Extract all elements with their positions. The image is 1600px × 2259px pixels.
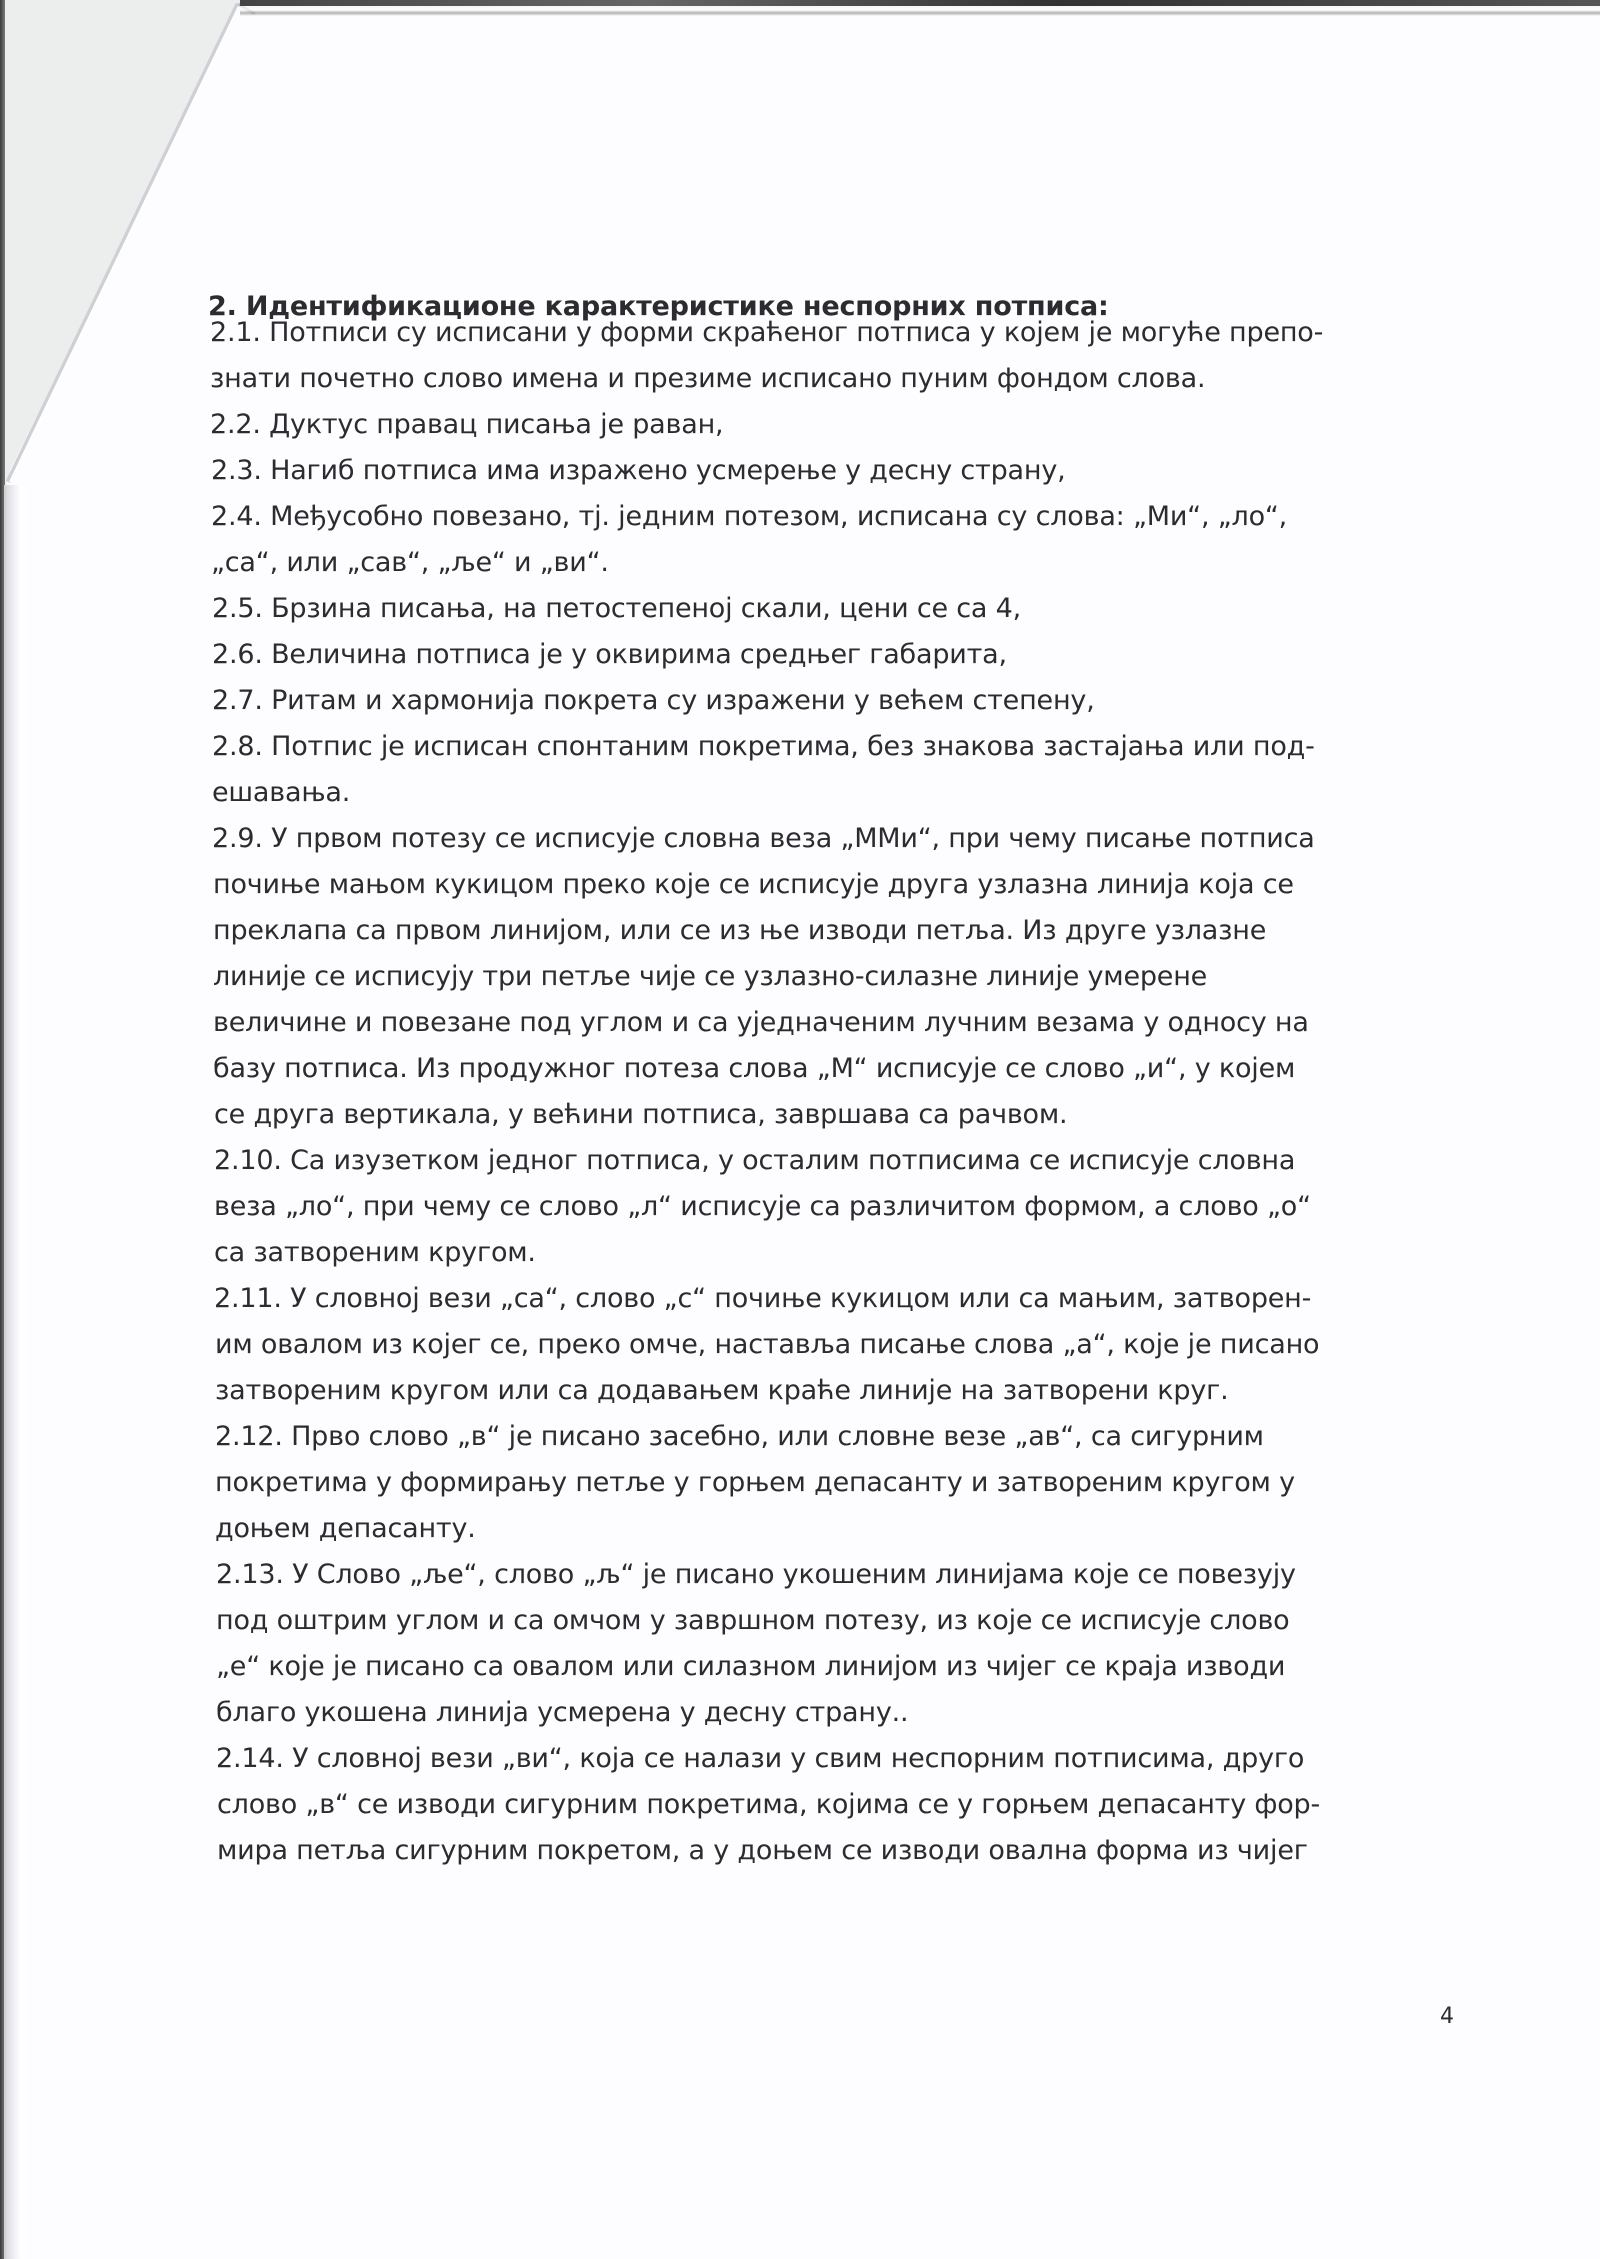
text-line: им овалом из којег се, преко омче, наста…: [215, 1328, 1319, 1362]
text-line: величине и повезане под углом и са уједн…: [213, 1006, 1309, 1040]
text-line: 2.4. Међусобно повезано, тј. једним поте…: [211, 500, 1287, 534]
text-line: „са“, или „сав“, „ље“ и „ви“.: [211, 546, 609, 580]
text-line: се друга вертикала, у већини потписа, за…: [214, 1098, 1067, 1132]
text-line: 2.12. Прво слово „в“ је писано засебно, …: [215, 1420, 1264, 1454]
text-line: ешавања.: [212, 776, 350, 810]
text-line: 2.11. У словној вези „са“, слово „с“ поч…: [214, 1282, 1311, 1316]
text-line: линије се исписују три петље чије се узл…: [213, 960, 1207, 994]
text-line: базу потписа. Из продужног потеза слова …: [213, 1052, 1295, 1086]
text-line: под оштрим углом и са омчом у завршном п…: [216, 1604, 1289, 1638]
text-line: слово „в“ се изводи сигурним покретима, …: [217, 1788, 1320, 1822]
text-line: покретима у формирању петље у горњем деп…: [215, 1466, 1295, 1500]
text-line: преклапа са првом линијом, или се из ње …: [213, 914, 1266, 948]
page-number: 4: [1440, 2002, 1454, 2032]
text-line: 2.8. Потпис је исписан спонтаним покрети…: [212, 730, 1315, 764]
text-line: почиње мањом кукицом преко које се испис…: [213, 868, 1294, 902]
text-line: 2.3. Нагиб потписа има изражено усмерење…: [211, 454, 1066, 488]
text-line: 2.10. Са изузетком једног потписа, у ост…: [214, 1144, 1295, 1178]
text-line: знати почетно слово имена и презиме испи…: [210, 362, 1205, 396]
text-line: 2.2. Дуктус правац писања је раван,: [210, 408, 723, 442]
text-line: 2.5. Брзина писања, на петостепеној скал…: [212, 592, 1021, 626]
text-line: 2.14. У словној вези „ви“, која се налаз…: [216, 1742, 1304, 1776]
text-line: 2.13. У Слово „ље“, слово „љ“ је писано …: [216, 1558, 1296, 1592]
text-line: 2.1. Потписи су исписани у форми скраћен…: [210, 316, 1323, 350]
text-line: 2.9. У првом потезу се исписује словна в…: [212, 822, 1315, 856]
text-line: веза „ло“, при чему се слово „л“ исписуј…: [214, 1190, 1311, 1224]
document-page: 2. Идентификационе карактеристике неспор…: [0, 0, 1600, 2259]
text-line: доњем депасанту.: [215, 1512, 476, 1546]
text-line: мира петља сигурним покретом, а у доњем …: [217, 1834, 1308, 1868]
text-line: 2.6. Величина потписа је у оквирима сред…: [212, 638, 1007, 672]
text-line: „е“ које је писано са овалом или силазно…: [216, 1650, 1285, 1684]
text-line: 2.7. Ритам и хармонија покрета су израже…: [212, 684, 1095, 718]
text-line: са затвореним кругом.: [214, 1236, 536, 1270]
text-line: затвореним кругом или са додавањем краће…: [215, 1374, 1229, 1408]
text-line: благо укошена линија усмерена у десну ст…: [216, 1696, 908, 1730]
